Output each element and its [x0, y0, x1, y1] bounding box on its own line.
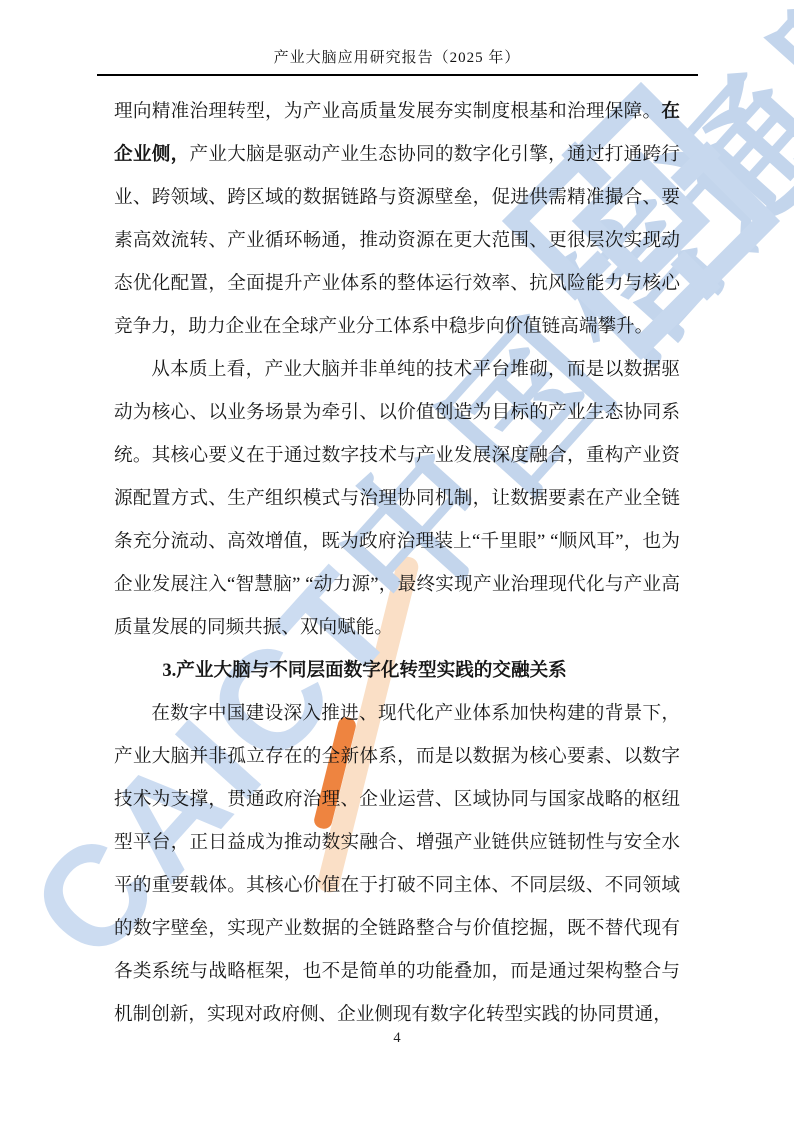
bold-text-run: 3.产业大脑与不同层面数字化转型实践的交融关系 — [162, 660, 566, 681]
document-page: CAICT中国信通院 产业大脑应用研究报告（2025 年） 理向精准治理转型，为… — [0, 0, 794, 1123]
section-heading: 3.产业大脑与不同层面数字化转型实践的交融关系 — [114, 649, 680, 692]
text-run: 理向精准治理转型，为产业高质量发展夯实制度根基和治理保障。 — [114, 101, 661, 122]
body-paragraph: 理向精准治理转型，为产业高质量发展夯实制度根基和治理保障。在企业侧，产业大脑是驱… — [114, 90, 680, 348]
body-paragraph: 从本质上看，产业大脑并非单纯的技术平台堆砌，而是以数据驱动为核心、以业务场景为牵… — [114, 348, 680, 649]
document-body: 理向精准治理转型，为产业高质量发展夯实制度根基和治理保障。在企业侧，产业大脑是驱… — [114, 90, 680, 1036]
page-number: 4 — [0, 1030, 794, 1047]
text-run: 产业大脑是驱动产业生态协同的数字化引擎，通过打通跨行业、跨领域、跨区域的数据链路… — [114, 144, 680, 337]
report-header-title: 产业大脑应用研究报告（2025 年） — [97, 46, 697, 67]
text-run: 在数字中国建设深入推进、现代化产业体系加快构建的背景下，产业大脑并非孤立存在的全… — [114, 703, 680, 1025]
body-paragraph: 在数字中国建设深入推进、现代化产业体系加快构建的背景下，产业大脑并非孤立存在的全… — [114, 692, 680, 1036]
text-run: 从本质上看，产业大脑并非单纯的技术平台堆砌，而是以数据驱动为核心、以业务场景为牵… — [114, 359, 680, 638]
header-divider — [97, 74, 698, 76]
